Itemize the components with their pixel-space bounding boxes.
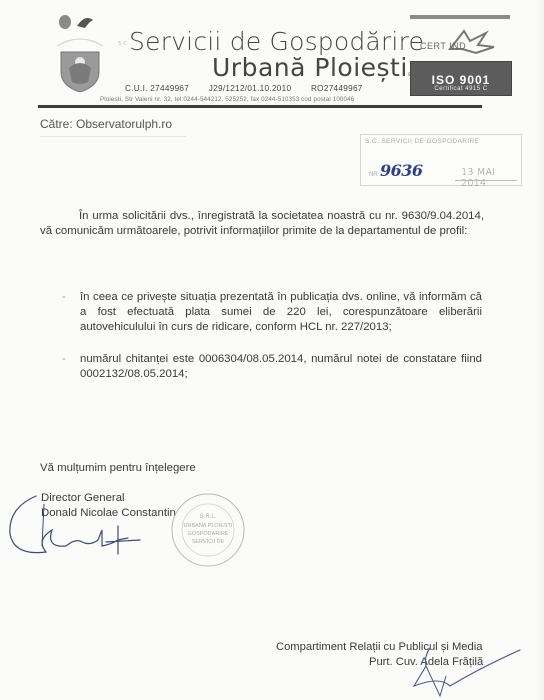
bullet-dash: - — [62, 290, 66, 305]
svg-text:GOSPODARIRE: GOSPODARIRE — [188, 531, 229, 537]
svg-text:SERVICII DE: SERVICII DE — [192, 539, 225, 545]
company-identifiers: C.U.I. 27449967 J29/1212/01.10.2010 RO27… — [125, 84, 380, 93]
trade-registration: J29/1212/01.10.2010 — [209, 84, 292, 93]
round-company-stamp-icon: S.R.L. URBANA PLOIESTI GOSPODARIRE SERVI… — [170, 492, 246, 568]
registration-stamp-header: S.C. SERVICII DE GOSPODARIRE — [365, 138, 479, 145]
svg-text:S.R.L.: S.R.L. — [200, 514, 217, 520]
intro-paragraph: În urma solicitării dvs., înregistrată l… — [40, 209, 484, 239]
iso-certificate: Certificat 4915 C — [411, 86, 511, 92]
signatory-title: Director General — [41, 492, 125, 504]
iso-title: ISO 9001 — [411, 75, 511, 86]
cui: C.U.I. 27449967 — [125, 84, 189, 93]
registration-stamp: S.C. SERVICII DE GOSPODARIRE NR 9636 13 … — [360, 134, 522, 186]
signatory-name: Donald Nicolae Constantin — [41, 507, 176, 519]
recipient: Către: Observatorulph.ro — [40, 117, 172, 131]
bullet-dash: - — [62, 352, 66, 367]
company-name-line2: Urbană Ploieștis.r.l. — [212, 53, 423, 82]
certind-logo: CERT IND — [416, 27, 512, 57]
svg-text:URBANA PLOIESTI: URBANA PLOIESTI — [184, 523, 233, 529]
bullet-list: - în ceea ce privește situația prezentat… — [62, 290, 482, 399]
list-item: - în ceea ce privește situația prezentat… — [62, 290, 482, 335]
spokesperson-signature-icon — [380, 646, 530, 700]
company-name-line1: s.c.Servicii de Gospodărire — [118, 27, 424, 56]
registration-date: 13 MAI 2014 — [461, 167, 521, 189]
company-address: Ploiesti, Str Valeni nr. 32, tel:0244-54… — [100, 96, 354, 103]
registration-number: 9636 — [380, 161, 423, 180]
header-divider — [38, 105, 482, 108]
coat-of-arms-icon — [55, 12, 105, 92]
recipient-underline — [40, 136, 186, 137]
registration-number-label: NR — [369, 172, 378, 178]
company-prefix: s.c. — [118, 40, 129, 47]
top-banner-strip — [410, 15, 510, 19]
list-item: - numărul chitanței este 0006304/08.05.2… — [62, 352, 482, 382]
closing-thanks: Vă mulțumim pentru înțelegere — [40, 462, 196, 474]
vat-code: RO27449967 — [311, 84, 363, 93]
iso-certification-badge: ISO 9001 Certificat 4915 C — [410, 61, 512, 96]
